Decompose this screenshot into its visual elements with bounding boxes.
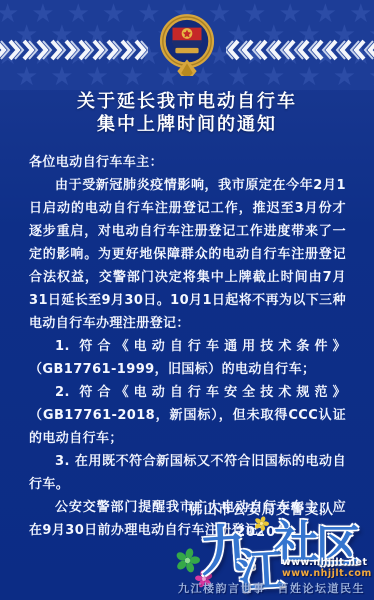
watermark-tagline: 九江楼韵言世事百姓论坛道民生 bbox=[178, 580, 372, 596]
chevron-right-arrows-icon bbox=[0, 39, 148, 61]
forum-watermark: 九 江 社 区 www.nhjjlt.net www.nhjjlt.com 九江… bbox=[172, 504, 372, 600]
paragraph-item-2: 2. 符合《电动自行车安全技术规范》（GB17761-2018，新国标），但未取… bbox=[29, 381, 346, 450]
watermark-url-net: www.nhjjlt.net bbox=[282, 557, 368, 568]
notice-poster: ★★★★★★★★★★★ ★★★★★★★★★★★ ★★★★★★★★★★★ ★★★★… bbox=[0, 0, 374, 600]
watermark-tagline-right: 百姓论坛道民生 bbox=[278, 582, 366, 595]
notice-title: 关于延长我市电动自行车 集中上牌时间的通知 bbox=[0, 90, 374, 136]
banner: ★★★★★★★★★★★ ★★★★★★★★★★★ ★★★★★★★★★★★ ★★★★… bbox=[0, 0, 374, 90]
notice-title-line2: 集中上牌时间的通知 bbox=[97, 114, 277, 135]
salutation: 各位电动自行车车主： bbox=[29, 151, 346, 174]
paragraph-intro: 由于受新冠肺炎疫情影响，我市原定在今年2月1日启动的电动自行车注册登记工作，推迟… bbox=[29, 174, 346, 335]
notice-body: 各位电动自行车车主： 由于受新冠肺炎疫情影响，我市原定在今年2月1日启动的电动自… bbox=[29, 151, 346, 542]
watermark-tagline-left: 九江楼韵言世事 bbox=[178, 582, 266, 595]
watermark-url-com: www.nhjjlt.com bbox=[282, 568, 372, 579]
yellow-flower-icon bbox=[252, 514, 271, 533]
notice-title-line1: 关于延长我市电动自行车 bbox=[77, 91, 297, 112]
paragraph-item-3: 3. 在用既不符合新国标又不符合旧国标的电动自行车。 bbox=[29, 450, 346, 496]
paragraph-item-1: 1. 符合《电动自行车通用技术条件》（GB17761-1999，旧国标）的电动自… bbox=[29, 335, 346, 381]
police-badge-icon bbox=[158, 13, 216, 79]
chevron-left-arrows-icon bbox=[226, 39, 374, 61]
